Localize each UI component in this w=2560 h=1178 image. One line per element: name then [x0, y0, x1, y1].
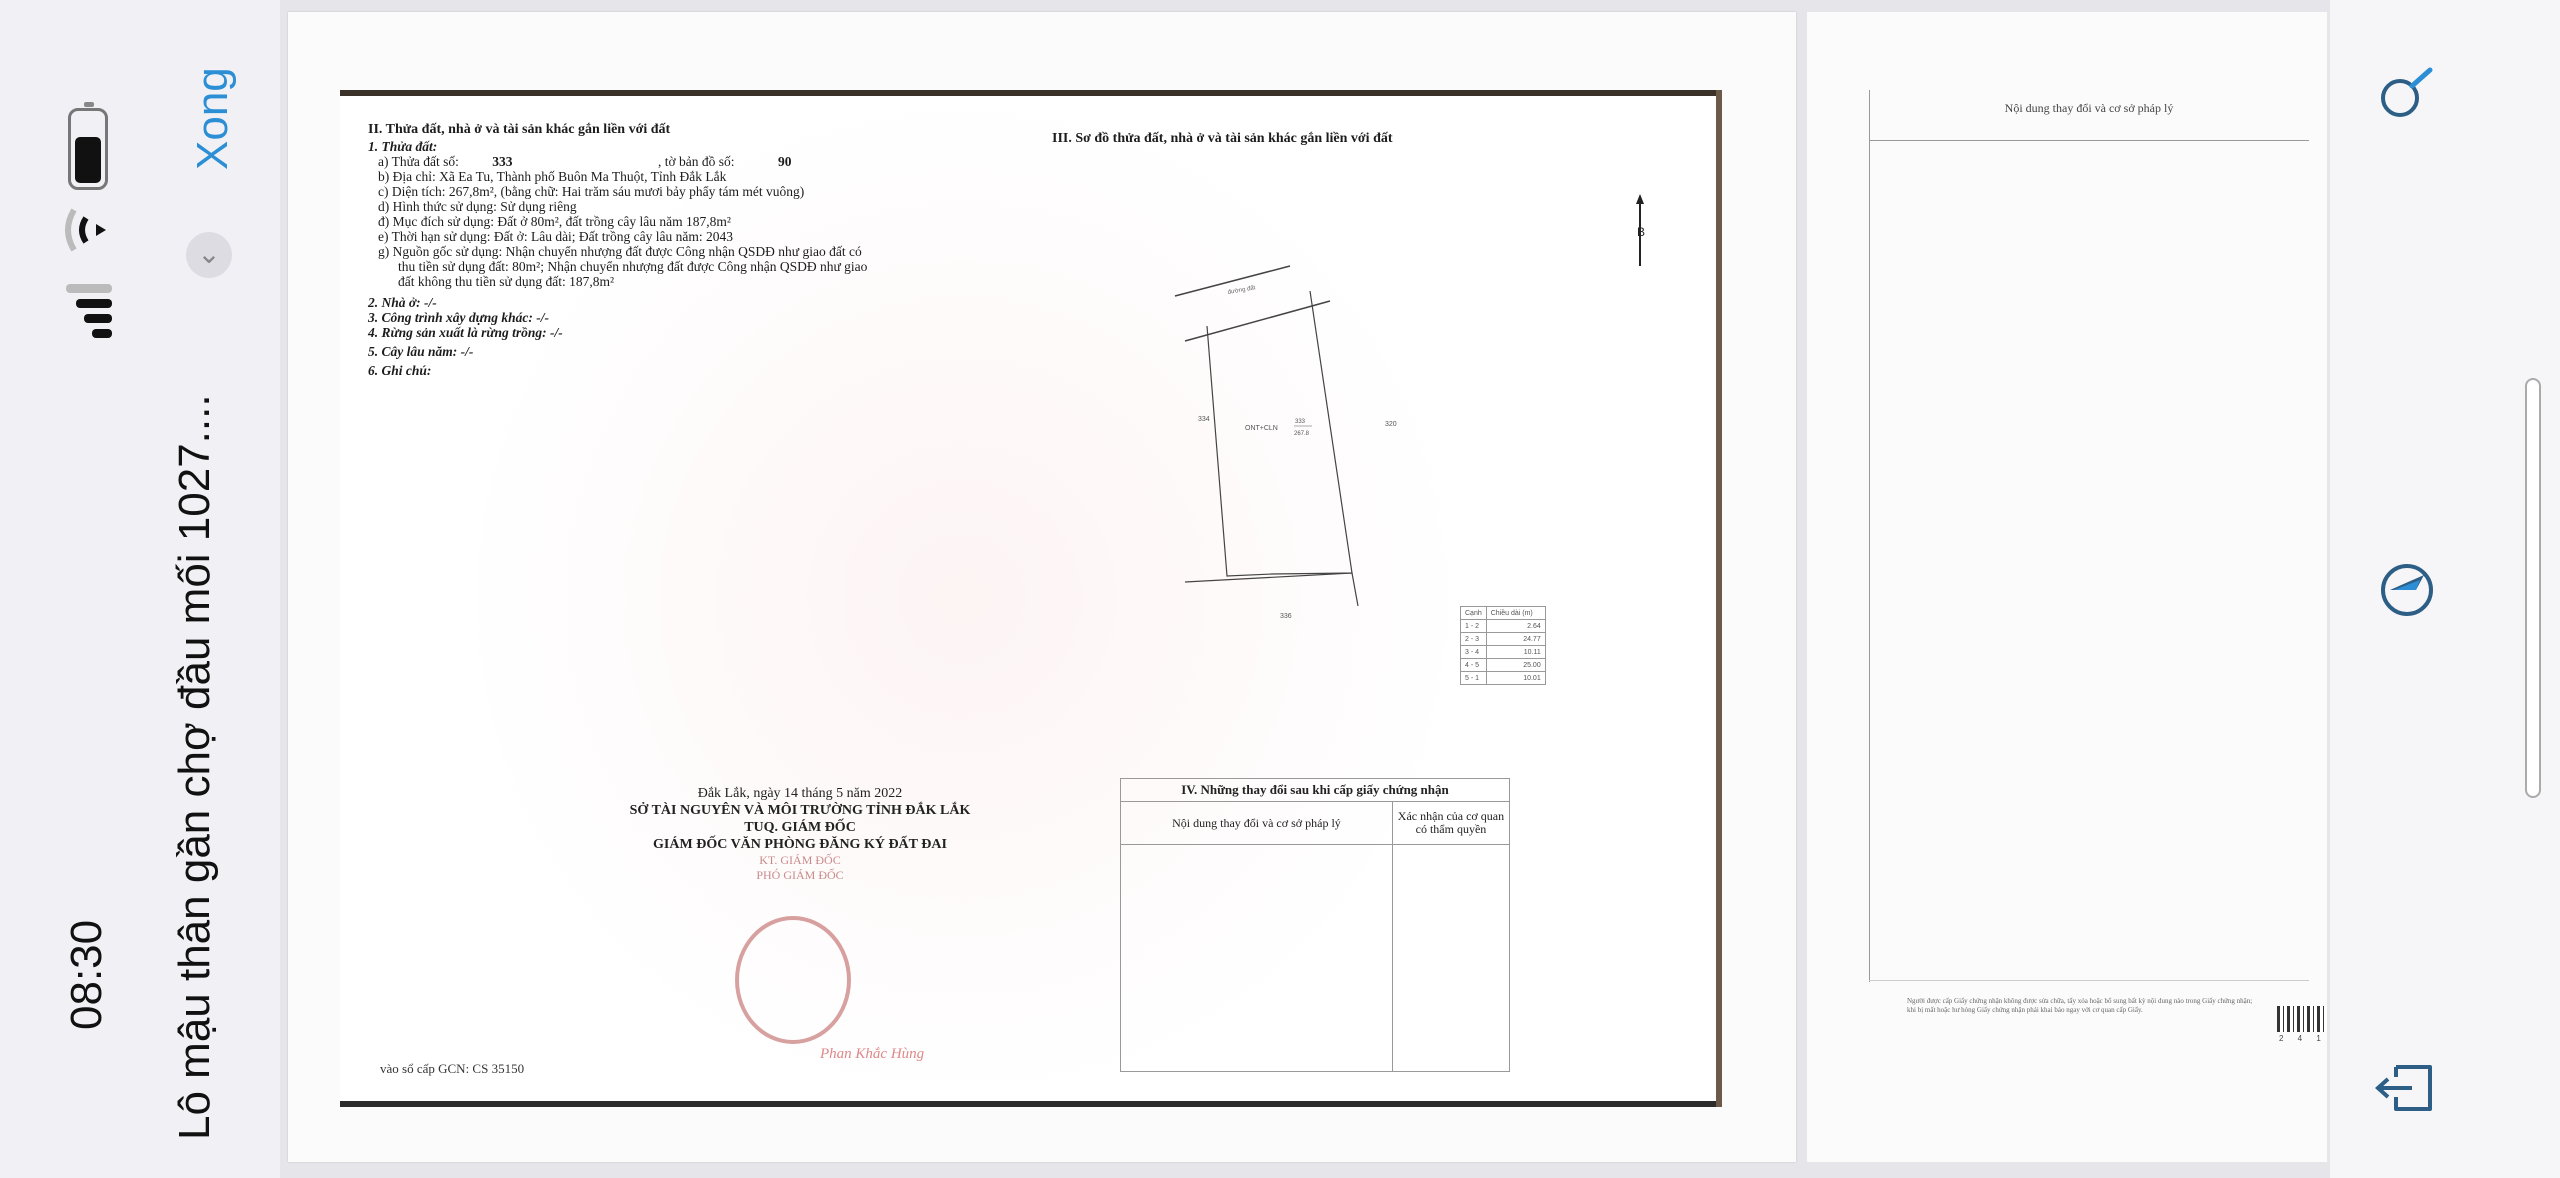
signature-block: Đắk Lắk, ngày 14 tháng 5 năm 2022 SỞ TÀI…	[580, 786, 1020, 883]
section-3-title: III. Sơ đồ thửa đất, nhà ở và tài sản kh…	[1052, 131, 1393, 146]
share-export-icon[interactable]	[2372, 1055, 2442, 1125]
done-button[interactable]: Xong	[188, 67, 238, 170]
table-row: 5 - 110.01	[1461, 672, 1546, 685]
land-certificate: II. Thửa đất, nhà ở và tài sản khác gắn …	[340, 90, 1722, 1107]
chevron-right-icon[interactable]: ⌄	[186, 232, 232, 278]
markup-pen-icon[interactable]	[2372, 58, 2442, 128]
parcel-row: a) Thửa đất số: 333 , tờ bản đồ số: 90	[368, 154, 1048, 169]
svg-text:334: 334	[1198, 416, 1210, 423]
barcode-number: 2 4 1	[2279, 1034, 2327, 1043]
parcel-number: 333	[492, 154, 512, 169]
edge-length-table: CạnhChiều dài (m)1 - 22.642 - 324.773 - …	[1460, 606, 1546, 685]
issuing-org: SỞ TÀI NGUYÊN VÀ MÔI TRƯỜNG TỈNH ĐẮK LẮK	[580, 802, 1020, 819]
table-row: 3 - 410.11	[1461, 646, 1546, 659]
section-2-title: II. Thửa đất, nhà ở và tài sản khác gắn …	[368, 122, 1048, 137]
wifi-icon	[64, 200, 114, 260]
usage-form: d) Hình thức sử dụng: Sử dụng riêng	[368, 199, 1048, 214]
svg-text:B: B	[1637, 225, 1645, 239]
status-time: 08:30	[62, 920, 112, 1030]
map-sheet-number: 90	[778, 154, 792, 169]
barcode	[2277, 1006, 2327, 1032]
item-construction: 3. Công trình xây dựng khác: -/-	[368, 310, 1048, 325]
table-row: 1 - 22.64	[1461, 620, 1546, 633]
gcn-entry: vào sổ cấp GCN: CS 35150	[380, 1061, 524, 1077]
battery-icon	[68, 108, 108, 190]
section-2: II. Thửa đất, nhà ở và tài sản khác gắn …	[368, 122, 1048, 378]
area: c) Diện tích: 267,8m², (bằng chữ: Hai tr…	[368, 184, 1048, 199]
navigation-compass-icon[interactable]	[2372, 555, 2442, 625]
scrollbar[interactable]	[2525, 378, 2541, 798]
usage-term: e) Thời hạn sử dụng: Đất ở: Lâu dài; Đất…	[368, 229, 1048, 244]
item-notes: 6. Ghi chú:	[368, 363, 1048, 378]
address: b) Địa chỉ: Xã Ea Tu, Thành phố Buôn Ma …	[368, 169, 1048, 184]
document-viewer[interactable]: II. Thửa đất, nhà ở và tài sản khác gắn …	[280, 0, 2330, 1178]
page2-header: Nội dung thay đổi và cơ sở pháp lý	[1869, 90, 2309, 141]
parcel-sketch: B đường đất 334 320 336 ONT+CLN 333 267.…	[1040, 156, 1700, 716]
item-perennial: 5. Cây lâu năm: -/-	[368, 344, 1048, 359]
item-house: 2. Nhà ở: -/-	[368, 295, 1048, 310]
table-row: 2 - 324.77	[1461, 633, 1546, 646]
changes-table: IV. Những thay đổi sau khi cấp giấy chứn…	[1120, 778, 1510, 1072]
page2-note: Người được cấp Giấy chứng nhận không đượ…	[1907, 997, 2257, 1015]
table-row: 4 - 525.00	[1461, 659, 1546, 672]
sign-date: Đắk Lắk, ngày 14 tháng 5 năm 2022	[580, 786, 1020, 802]
svg-text:ONT+CLN: ONT+CLN	[1245, 425, 1278, 432]
usage-origin: g) Nguồn gốc sử dụng: Nhận chuyển nhượng…	[368, 244, 1048, 259]
svg-text:336: 336	[1280, 613, 1292, 620]
page-2: Nội dung thay đổi và cơ sở pháp lý Người…	[1807, 12, 2327, 1162]
item-forest: 4. Rừng sản xuất là rừng trồng: -/-	[368, 325, 1048, 340]
top-bar-rotated: 08:30 Xong ⌄ Lô mậu thân gần chợ đầu mối…	[0, 0, 280, 1178]
svg-text:đường đất: đường đất	[1227, 285, 1256, 296]
svg-text:333: 333	[1295, 419, 1306, 425]
north-arrow-icon: B	[1636, 194, 1645, 266]
svg-text:267.8: 267.8	[1294, 431, 1310, 437]
svg-text:320: 320	[1385, 421, 1397, 428]
usage-purpose: đ) Mục đích sử dụng: Đất ở 80m², đất trồ…	[368, 214, 1048, 229]
signer-name: Phan Khắc Hùng	[820, 1046, 924, 1063]
page-1: II. Thửa đất, nhà ở và tài sản khác gắn …	[288, 12, 1796, 1162]
official-stamp	[735, 916, 851, 1044]
document-title[interactable]: Lô mậu thân gần chợ đầu mối 1027....	[170, 394, 220, 1140]
cellular-signal-icon	[66, 284, 112, 344]
